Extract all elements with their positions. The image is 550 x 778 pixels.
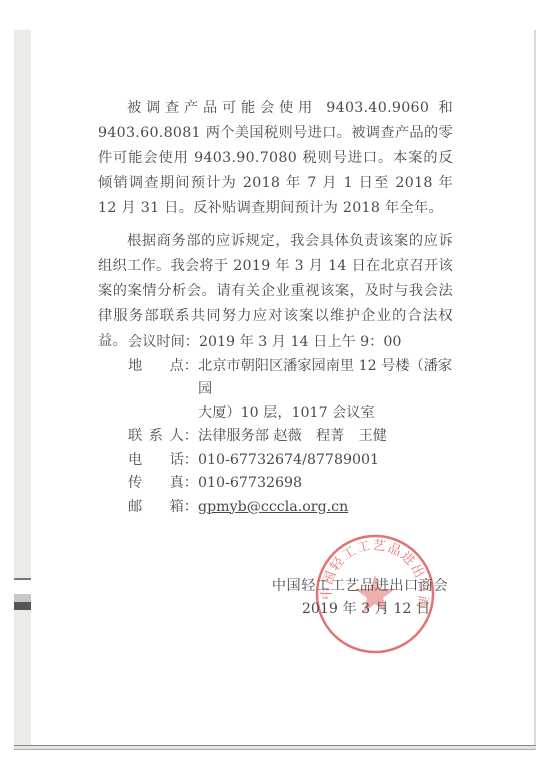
signature-date: 2019 年 3 月 12 日 — [270, 598, 450, 621]
scan-left-mark — [14, 594, 31, 602]
scan-left-mark — [14, 578, 31, 580]
email-row: 邮 箱 ： gpmyb@cccla.org.cn — [128, 496, 458, 520]
meeting-location-value: 北京市朝阳区潘家园南里 12 号楼（潘家园 大厦）10 层，1017 会议室 — [198, 355, 458, 426]
meeting-info: 会议时间： 2019 年 3 月 14 日上午 9：00 地 点 ： 北京市朝阳… — [128, 331, 458, 519]
email-value: gpmyb@cccla.org.cn — [198, 496, 458, 520]
scan-left-edge — [14, 30, 31, 745]
meeting-location-row: 地 点 ： 北京市朝阳区潘家园南里 12 号楼（潘家园 大厦）10 层，1017… — [128, 355, 458, 426]
phone-row: 电 话 ： 010-67732674/87789001 — [128, 449, 458, 473]
scan-left-gap — [14, 580, 31, 594]
signature-organization: 中国轻工工艺品进出口商会 — [270, 575, 450, 598]
scan-right-edge — [534, 30, 536, 745]
document-body: 被调查产品可能会使用 9403.40.9060 和 9403.60.8081 两… — [98, 96, 453, 354]
fax-value: 010-67732698 — [198, 472, 458, 496]
contact-row: 联 系 人 ： 法律服务部 赵薇 程菁 王健 — [128, 425, 458, 449]
fax-row: 传 真 ： 010-67732698 — [128, 472, 458, 496]
email-link[interactable]: gpmyb@cccla.org.cn — [198, 499, 348, 515]
phone-value: 010-67732674/87789001 — [198, 449, 458, 473]
phone-label: 电 话 ： — [128, 449, 198, 473]
signature-block: 中国轻工工艺品进出口商会 2019 年 3 月 12 日 — [270, 575, 450, 621]
meeting-time-value: 2019 年 3 月 14 日上午 9：00 — [199, 331, 401, 355]
meeting-time-row: 会议时间： 2019 年 3 月 14 日上午 9：00 — [128, 331, 458, 355]
contact-label: 联 系 人 ： — [128, 425, 198, 449]
email-label: 邮 箱 ： — [128, 496, 198, 520]
meeting-time-label: 会议时间： — [128, 331, 199, 355]
paragraph-tariff-numbers: 被调查产品可能会使用 9403.40.9060 和 9403.60.8081 两… — [98, 96, 453, 221]
meeting-location-label: 地 点 ： — [128, 355, 198, 426]
fax-label: 传 真 ： — [128, 472, 198, 496]
contact-value: 法律服务部 赵薇 程菁 王健 — [198, 425, 458, 449]
scan-left-mark — [14, 602, 31, 610]
scan-bottom-edge — [14, 745, 536, 750]
